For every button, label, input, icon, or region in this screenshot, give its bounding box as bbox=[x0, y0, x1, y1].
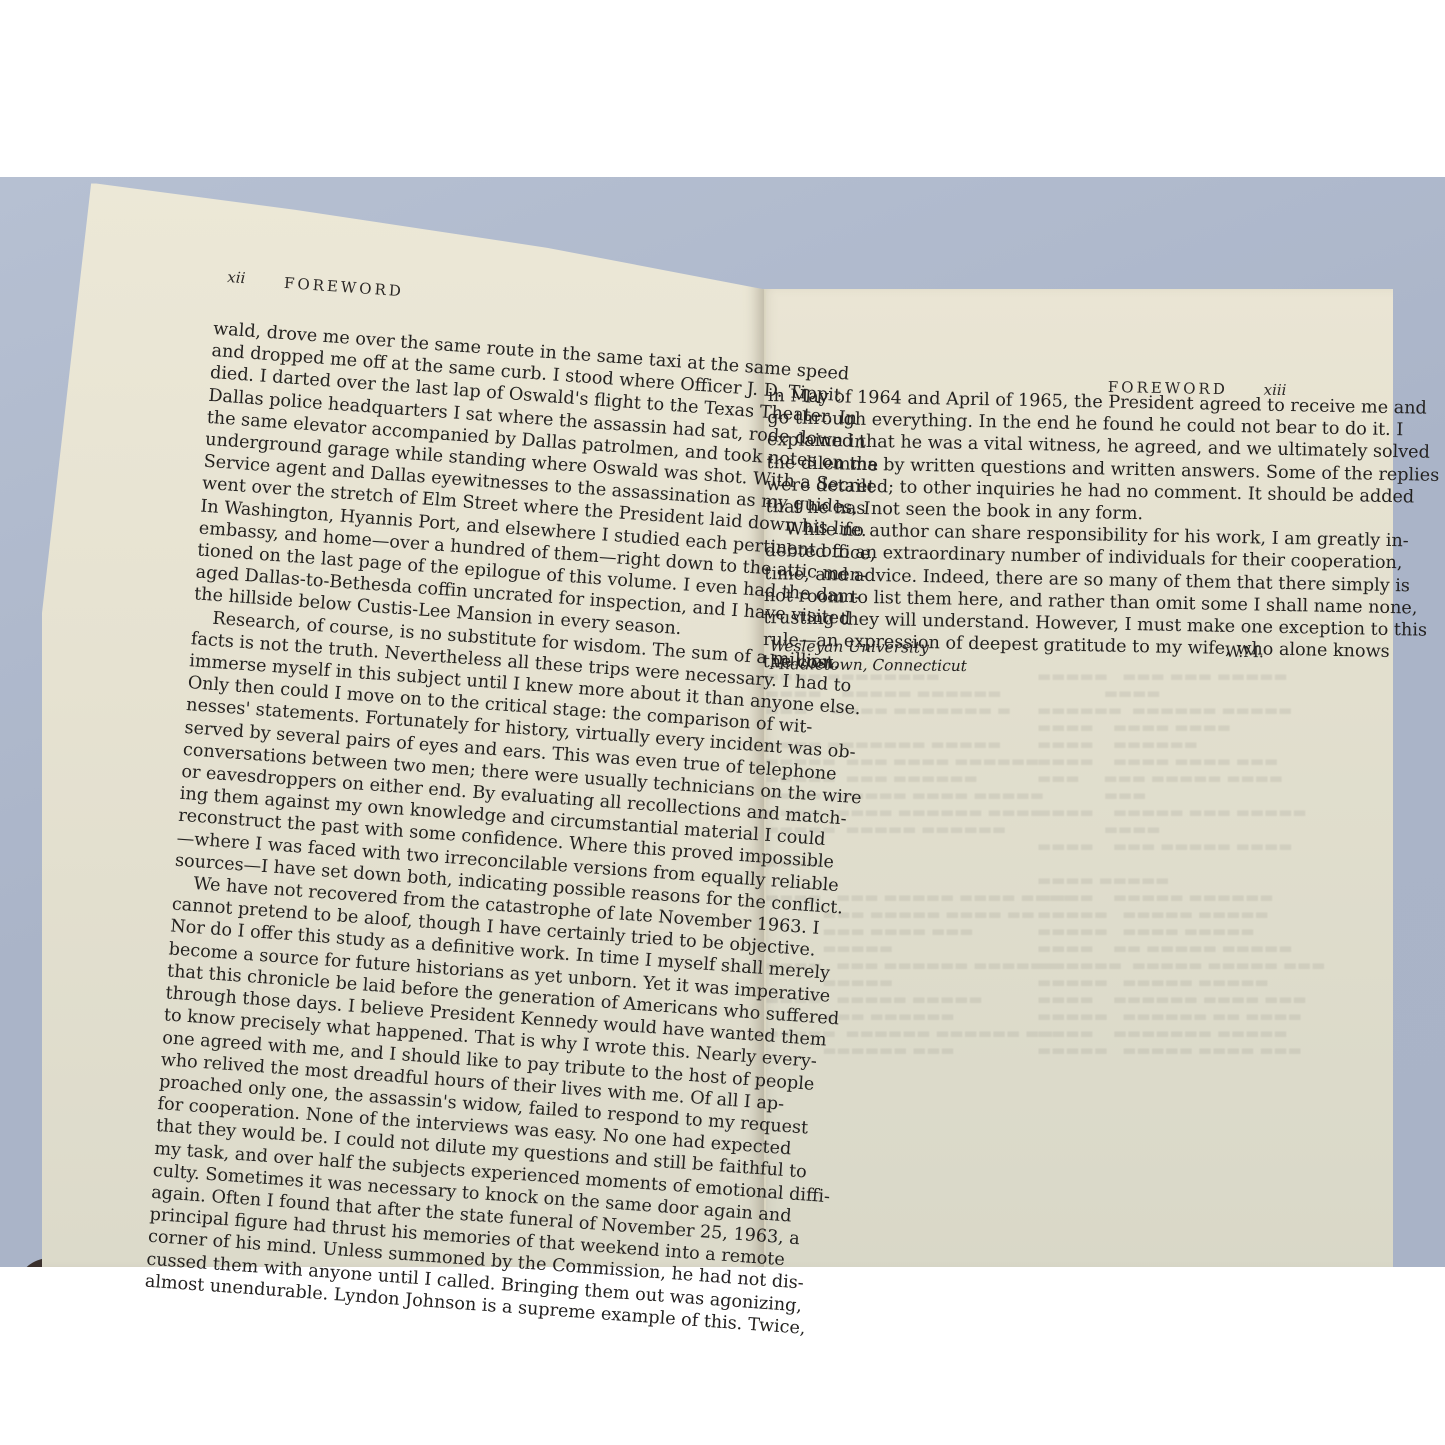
signature-block: Wesleyan University Middletown, Connecti… bbox=[770, 637, 1264, 678]
left-body-text: wald, drove me over the same route in th… bbox=[144, 318, 752, 1331]
author-initials: W.M. bbox=[1225, 643, 1264, 661]
left-page-number: xii bbox=[227, 268, 246, 287]
